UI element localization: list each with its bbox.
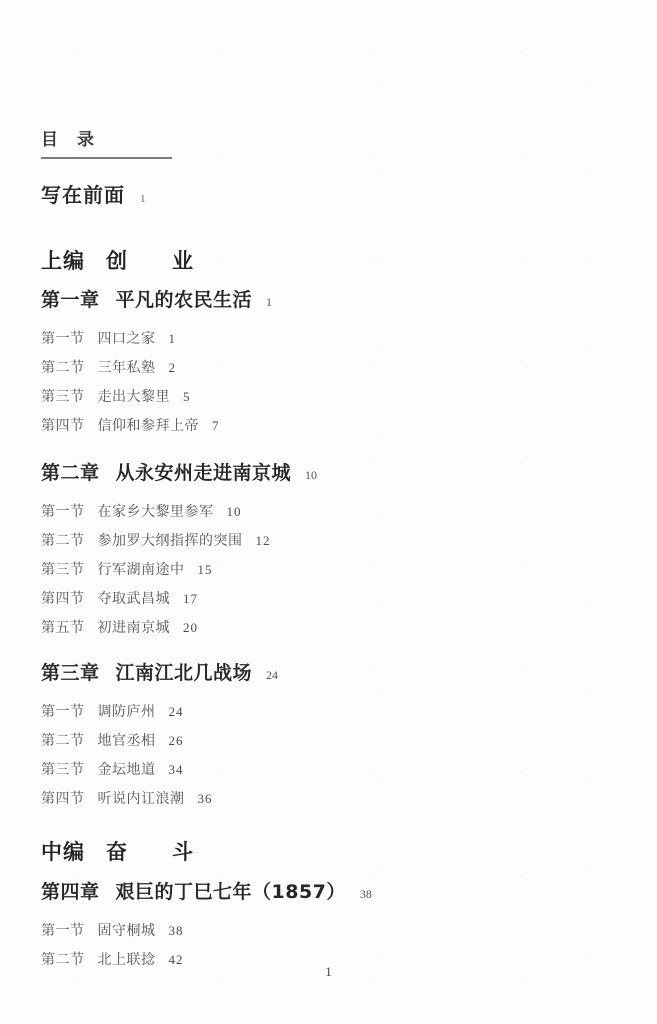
section-label: 第一节 <box>41 924 85 939</box>
section-row: 第一节在家乡大黎里参军10 <box>41 498 611 527</box>
preface-page-number: 1 <box>140 193 146 205</box>
preface-entry: 写在前面1 <box>41 183 611 211</box>
toc-content: 目 录 写在前面1 上编创 业 第一章平凡的农民生活1 第一节四口之家1 第二节… <box>41 130 611 975</box>
chapter-heading: 第一章平凡的农民生活1 <box>41 287 611 315</box>
section-label: 第四节 <box>41 419 85 434</box>
preface-title: 写在前面 <box>41 183 125 207</box>
chapter-page-number: 38 <box>360 887 372 901</box>
section-label: 第一节 <box>41 505 85 520</box>
section-row: 第一节固守桐城38 <box>41 917 611 946</box>
section-label: 第二节 <box>41 734 85 749</box>
section-title: 地官丞相 <box>98 734 156 749</box>
section-label: 第二节 <box>41 534 85 549</box>
section-row: 第三节走出大黎里5 <box>41 383 611 412</box>
chapter-heading: 第二章从永安州走进南京城10 <box>41 460 611 488</box>
section-title: 固守桐城 <box>98 924 156 939</box>
section-title: 调防庐州 <box>98 705 156 720</box>
section-label: 第四节 <box>41 592 85 607</box>
part-title: 创 业 <box>106 249 194 273</box>
section-page-number: 36 <box>198 791 213 806</box>
chapter-title: 江南江北几战场 <box>116 662 253 684</box>
chapter-title: 从永安州走进南京城 <box>116 462 292 484</box>
chapter-block-3: 第三章江南江北几战场24 第一节调防庐州24 第二节地官丞相26 第三节金坛地道… <box>41 660 611 814</box>
part-title: 奋 斗 <box>106 840 194 864</box>
section-title: 信仰和参拜上帝 <box>98 419 200 434</box>
chapter-block-2: 第二章从永安州走进南京城10 第一节在家乡大黎里参军10 第二节参加罗大纲指挥的… <box>41 460 611 643</box>
footer-page-number: 1 <box>0 964 657 980</box>
toc-title: 目 录 <box>41 130 172 159</box>
section-row: 第五节初进南京城20 <box>41 614 611 643</box>
section-page-number: 1 <box>169 331 177 346</box>
section-page-number: 20 <box>183 620 198 635</box>
section-row: 第四节夺取武昌城17 <box>41 585 611 614</box>
section-list: 第一节四口之家1 第二节三年私塾2 第三节走出大黎里5 第四节信仰和参拜上帝7 <box>41 325 611 441</box>
section-label: 第一节 <box>41 705 85 720</box>
section-row: 第四节听说内讧浪潮36 <box>41 785 611 814</box>
section-title: 在家乡大黎里参军 <box>98 505 214 520</box>
section-page-number: 2 <box>169 360 177 375</box>
section-page-number: 5 <box>183 389 191 404</box>
section-title: 行军湖南途中 <box>98 563 185 578</box>
section-page-number: 34 <box>169 762 184 777</box>
section-row: 第二节地官丞相26 <box>41 727 611 756</box>
section-title: 三年私塾 <box>98 361 156 376</box>
chapter-page-number: 10 <box>305 468 317 482</box>
section-row: 第一节调防庐州24 <box>41 698 611 727</box>
chapter-block-4: 第四章艰巨的丁巳七年（1857）38 第一节固守桐城38 第二节北上联捻42 <box>41 879 611 975</box>
section-row: 第二节三年私塾2 <box>41 354 611 383</box>
section-title: 夺取武昌城 <box>98 592 171 607</box>
chapter-block-1: 第一章平凡的农民生活1 第一节四口之家1 第二节三年私塾2 第三节走出大黎里5 … <box>41 287 611 441</box>
section-label: 第四节 <box>41 792 85 807</box>
section-label: 第三节 <box>41 763 85 778</box>
section-title: 金坛地道 <box>98 763 156 778</box>
part-label: 上编 <box>41 249 85 273</box>
section-page-number: 7 <box>212 418 220 433</box>
section-page-number: 12 <box>256 533 271 548</box>
chapter-label: 第一章 <box>41 289 100 311</box>
section-label: 第五节 <box>41 621 85 636</box>
chapter-page-number: 24 <box>266 668 278 682</box>
section-row: 第四节信仰和参拜上帝7 <box>41 412 611 441</box>
section-page-number: 24 <box>169 704 184 719</box>
part-heading-zhongbian: 中编奋 斗 <box>41 840 611 864</box>
section-title: 四口之家 <box>98 332 156 347</box>
section-label: 第二节 <box>41 361 85 376</box>
chapter-heading: 第四章艰巨的丁巳七年（1857）38 <box>41 879 611 907</box>
section-row: 第三节行军湖南途中15 <box>41 556 611 585</box>
section-title: 参加罗大纲指挥的突围 <box>98 534 243 549</box>
part-heading-shangbian: 上编创 业 <box>41 249 611 273</box>
section-page-number: 38 <box>169 923 184 938</box>
chapter-heading: 第三章江南江北几战场24 <box>41 660 611 688</box>
chapter-title: 平凡的农民生活 <box>116 289 253 311</box>
section-row: 第三节金坛地道34 <box>41 756 611 785</box>
section-list: 第一节调防庐州24 第二节地官丞相26 第三节金坛地道34 第四节听说内讧浪潮3… <box>41 698 611 814</box>
chapter-label: 第三章 <box>41 662 100 684</box>
chapter-label: 第四章 <box>41 881 100 903</box>
section-label: 第三节 <box>41 563 85 578</box>
section-title: 听说内讧浪潮 <box>98 792 185 807</box>
scanned-toc-page: 目 录 写在前面1 上编创 业 第一章平凡的农民生活1 第一节四口之家1 第二节… <box>0 0 657 1024</box>
section-row: 第二节参加罗大纲指挥的突围12 <box>41 527 611 556</box>
chapter-page-number: 1 <box>266 295 272 309</box>
section-page-number: 17 <box>183 591 198 606</box>
section-list: 第一节在家乡大黎里参军10 第二节参加罗大纲指挥的突围12 第三节行军湖南途中1… <box>41 498 611 643</box>
chapter-title: 艰巨的丁巳七年（1857） <box>116 881 346 903</box>
part-label: 中编 <box>41 840 85 864</box>
section-page-number: 26 <box>169 733 184 748</box>
section-title: 初进南京城 <box>98 621 171 636</box>
section-label: 第一节 <box>41 332 85 347</box>
section-page-number: 15 <box>198 562 213 577</box>
section-row: 第一节四口之家1 <box>41 325 611 354</box>
section-page-number: 10 <box>227 504 242 519</box>
chapter-label: 第二章 <box>41 462 100 484</box>
section-title: 走出大黎里 <box>98 390 171 405</box>
section-label: 第三节 <box>41 390 85 405</box>
